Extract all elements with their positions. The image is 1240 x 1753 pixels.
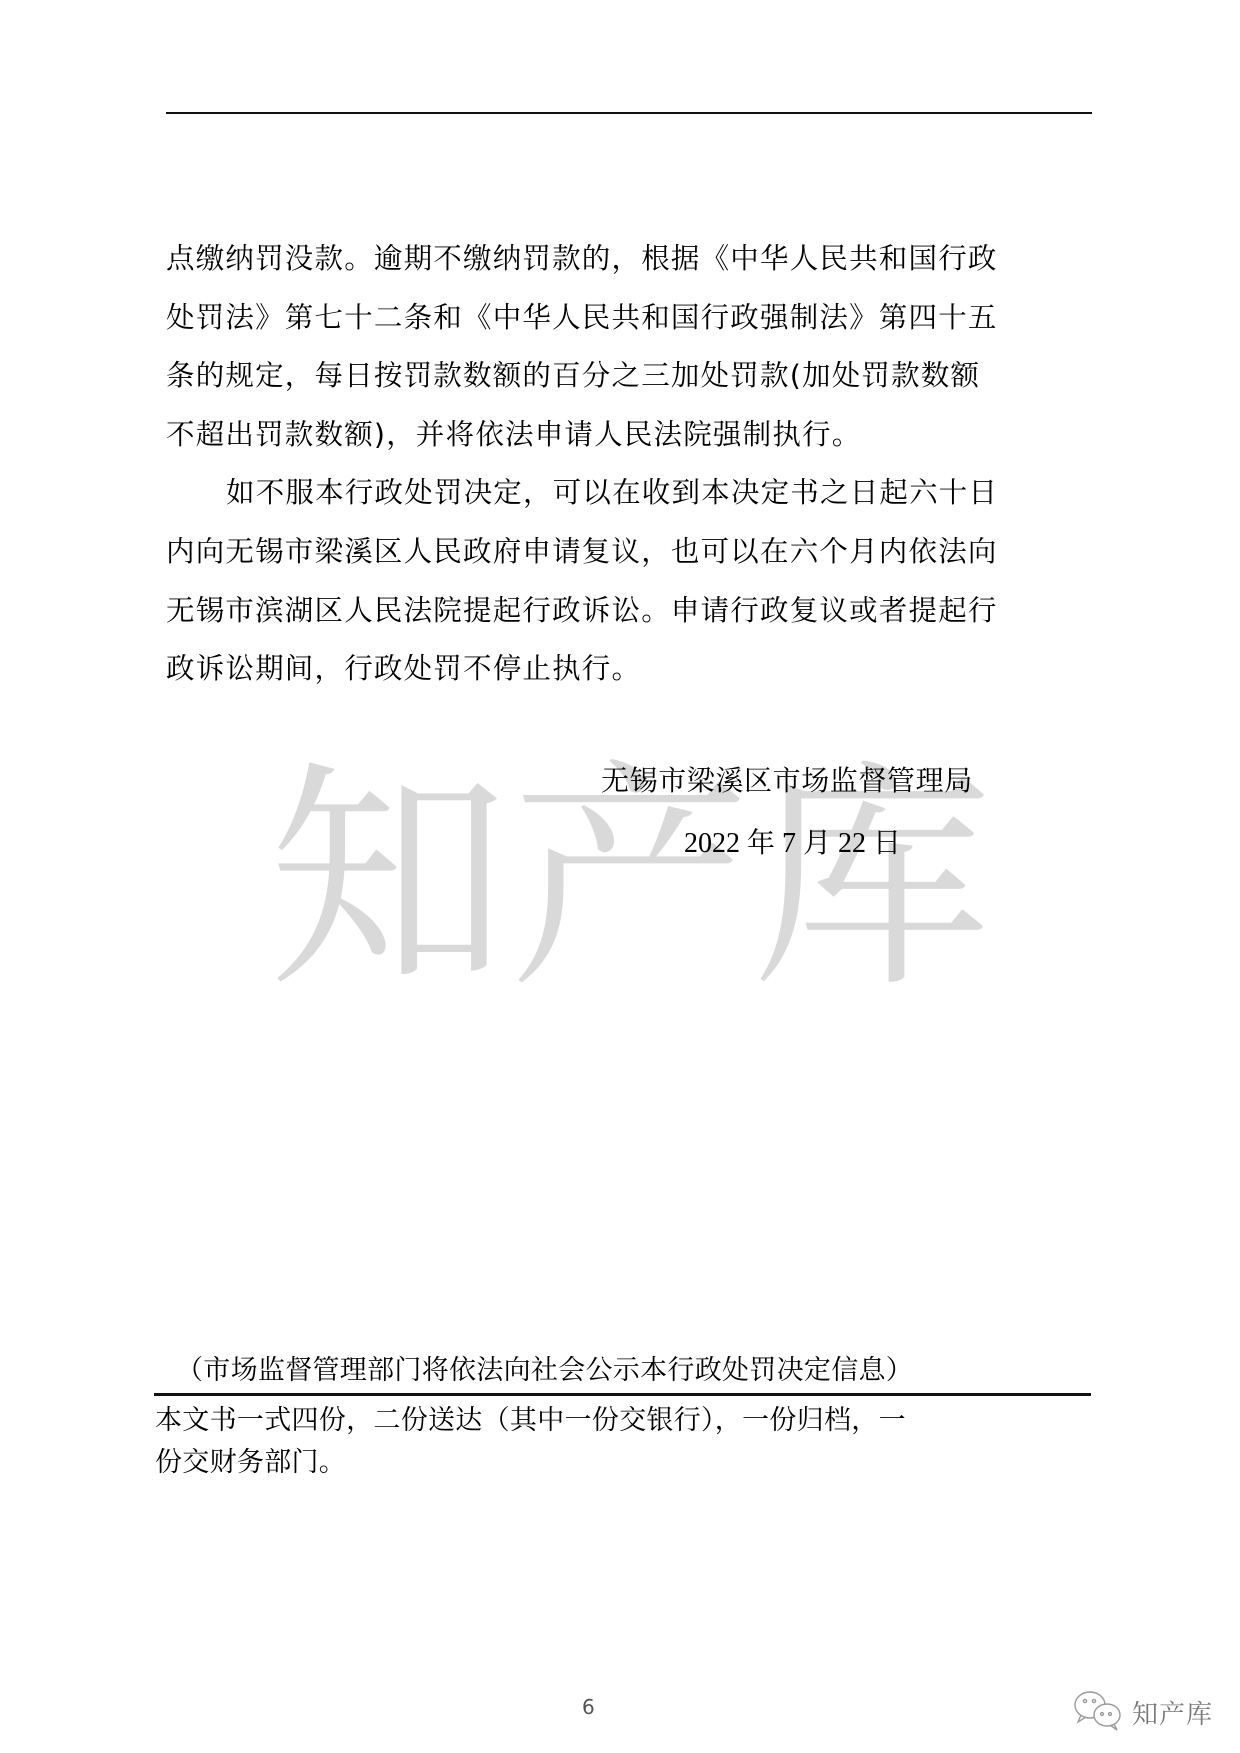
body-line: 处罚法》第七十二条和《中华人民共和国行政强制法》第四十五 — [166, 289, 1092, 348]
body-line: 不超出罚款数额)，并将依法申请人民法院强制执行。 — [166, 406, 1092, 465]
date-day-unit: 日 — [873, 826, 901, 859]
issue-date: 2022 年 7 月 22 日 — [684, 821, 901, 861]
wechat-account-name: 知产库 — [1132, 1694, 1213, 1731]
header-rule — [166, 112, 1092, 114]
body-line: 条的规定，每日按罚款数额的百分之三加处罚款(加处罚款数额 — [166, 347, 1092, 406]
date-month: 7 — [782, 828, 796, 859]
footer-line: 本文书一式四份，二份送达（其中一份交银行），一份归档，一 — [155, 1400, 1085, 1442]
date-day: 22 — [838, 828, 866, 859]
issuing-authority: 无锡市梁溪区市场监督管理局 — [601, 759, 973, 799]
body-line: 如不服本行政处罚决定，可以在收到本决定书之日起六十日 — [166, 464, 1092, 523]
document-body: 点缴纳罚没款。逾期不缴纳罚款的，根据《中华人民共和国行政 处罚法》第七十二条和《… — [166, 230, 1092, 699]
wechat-icon — [1070, 1688, 1126, 1736]
copies-note: 本文书一式四份，二份送达（其中一份交银行），一份归档，一 份交财务部门。 — [155, 1400, 1085, 1484]
date-month-unit: 月 — [803, 826, 831, 859]
body-line: 点缴纳罚没款。逾期不缴纳罚款的，根据《中华人民共和国行政 — [166, 230, 1092, 289]
footer-rule — [154, 1393, 1091, 1396]
body-line: 无锡市滨湖区人民法院提起行政诉讼。申请行政复议或者提起行 — [166, 582, 1092, 641]
date-year-unit: 年 — [747, 826, 775, 859]
wechat-watermark: 知产库 — [1070, 1688, 1213, 1736]
publicity-notice: （市场监督管理部门将依法向社会公示本行政处罚决定信息） — [176, 1348, 913, 1387]
footer-line: 份交财务部门。 — [155, 1442, 1085, 1484]
page-number: 6 — [582, 1695, 595, 1719]
body-line: 政诉讼期间，行政处罚不停止执行。 — [166, 640, 1092, 699]
date-year: 2022 — [684, 828, 740, 859]
body-line: 内向无锡市梁溪区人民政府申请复议，也可以在六个月内依法向 — [166, 523, 1092, 582]
